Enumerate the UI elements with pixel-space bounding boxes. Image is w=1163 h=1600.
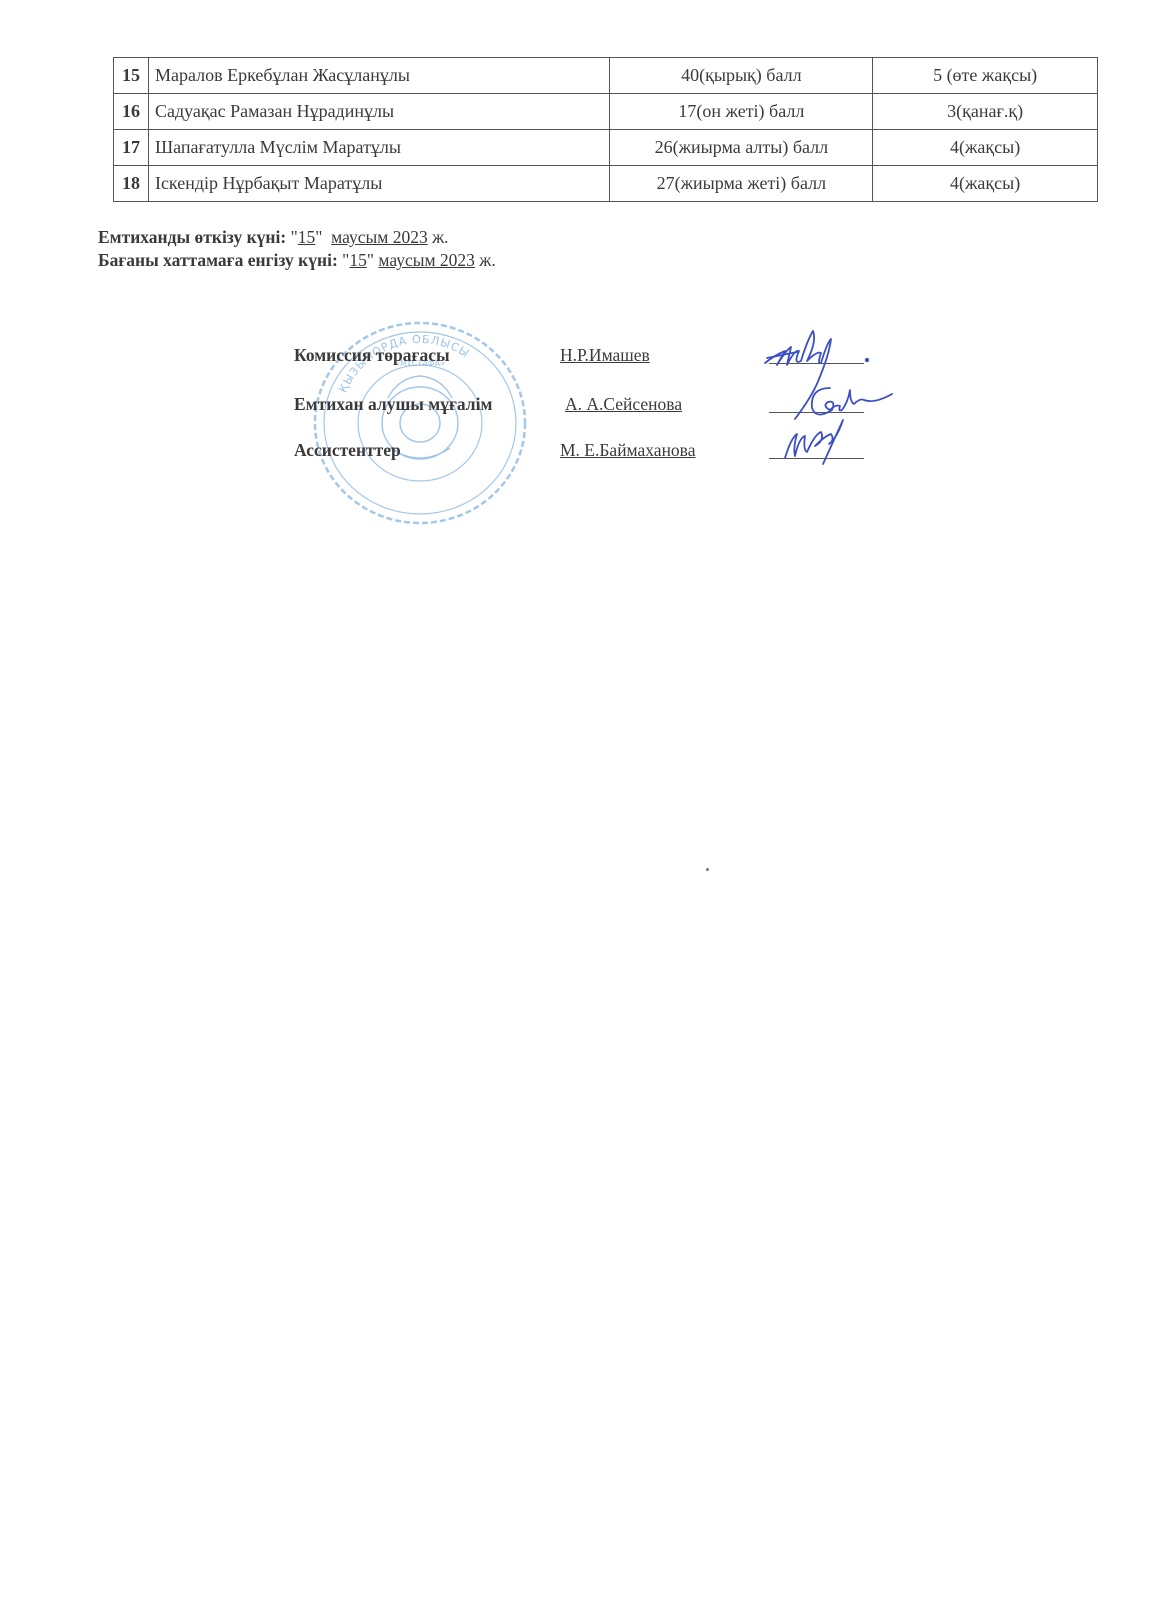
grade: 4(жақсы) (873, 130, 1098, 166)
table-row: 15 Маралов Еркебұлан Жасұланұлы 40(қырық… (114, 58, 1098, 94)
row-number: 18 (114, 166, 149, 202)
grade: 4(жақсы) (873, 166, 1098, 202)
results-table: 15 Маралов Еркебұлан Жасұланұлы 40(қырық… (113, 57, 1098, 202)
score: 26(жиырма алты) балл (610, 130, 873, 166)
score: 17(он жеті) балл (610, 94, 873, 130)
quote: " (315, 227, 322, 247)
table-row: 18 Іскендір Нұрбақыт Маратұлы 27(жиырма … (114, 166, 1098, 202)
entry-day: 15 (349, 250, 367, 270)
quote: " (291, 227, 298, 247)
student-name: Іскендір Нұрбақыт Маратұлы (148, 166, 610, 202)
table-row: 16 Садуақас Рамазан Нұрадинұлы 17(он жет… (114, 94, 1098, 130)
student-name: Маралов Еркебұлан Жасұланұлы (148, 58, 610, 94)
signatory-role: Емтихан алушы мұғалім (294, 392, 492, 416)
signatory-role: Комиссия төрағасы (294, 343, 450, 367)
row-number: 16 (114, 94, 149, 130)
row-number: 17 (114, 130, 149, 166)
exam-date-label: Емтиханды өткізу күні: (98, 227, 286, 247)
entry-date-line: Бағаны хаттамаға енгізу күні: "15" маусы… (98, 249, 496, 272)
entry-suffix: ж. (479, 250, 495, 270)
score: 40(қырық) балл (610, 58, 873, 94)
quote: " (367, 250, 374, 270)
exam-date-line: Емтиханды өткізу күні: "15" маусым 2023 … (98, 226, 496, 249)
dates-block: Емтиханды өткізу күні: "15" маусым 2023 … (98, 226, 496, 272)
exam-suffix: ж. (432, 227, 448, 247)
table-row: 17 Шапағатулла Мүслім Маратұлы 26(жиырма… (114, 130, 1098, 166)
signatory-name: М. Е.Баймаханова (560, 438, 695, 462)
signatory-name: Н.Р.Имашев (560, 343, 650, 367)
grade: 3(қанағ.қ) (873, 94, 1098, 130)
exam-month-year: маусым 2023 (331, 227, 428, 247)
signatory-name: А. А.Сейсенова (565, 392, 682, 416)
signatory-role: Ассистенттер (294, 438, 401, 462)
scan-speck (706, 868, 709, 871)
score: 27(жиырма жеті) балл (610, 166, 873, 202)
row-number: 15 (114, 58, 149, 94)
exam-day: 15 (298, 227, 316, 247)
entry-month-year: маусым 2023 (378, 250, 475, 270)
handwritten-signatures-icon (745, 318, 905, 478)
student-name: Шапағатулла Мүслім Маратұлы (148, 130, 610, 166)
grade: 5 (өте жақсы) (873, 58, 1098, 94)
entry-date-label: Бағаны хаттамаға енгізу күні: (98, 250, 338, 270)
student-name: Садуақас Рамазан Нұрадинұлы (148, 94, 610, 130)
